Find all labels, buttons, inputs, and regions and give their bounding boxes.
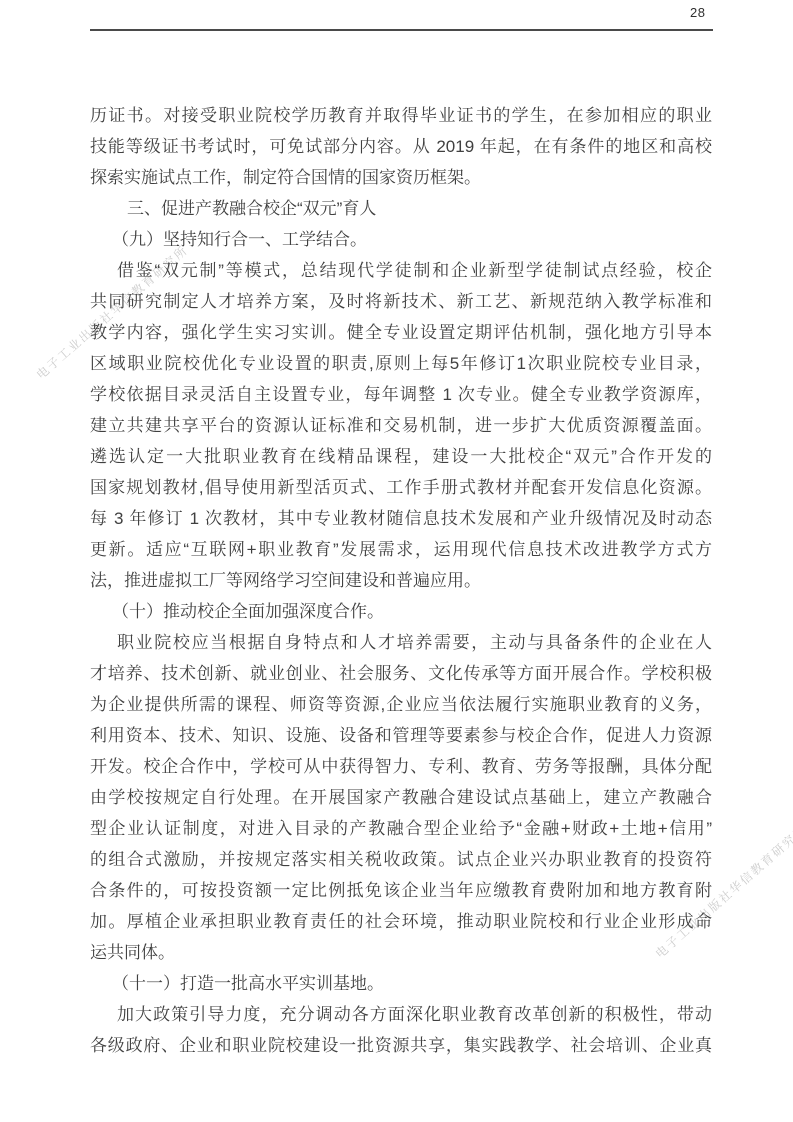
document-page: 电子工业出版社华信教育研究所 电子工业出版社华信教育研究所 28 历证书。对接受… (0, 0, 793, 1122)
text-line: 运共同体。 (90, 937, 712, 968)
text-line: 历证书。对接受职业院校学历教育并取得毕业证书的学生，在参加相应的职业 (90, 100, 712, 131)
text-line: 技能等级证书考试时，可免试部分内容。从 2019 年起，在有条件的地区和高校 (90, 131, 712, 162)
text-line: 利用资本、技术、知识、设施、设备和管理等要素参与校企合作，促进人力资源 (90, 720, 712, 751)
text-line: 型企业认证制度，对进入目录的产教融合型企业给予“金融+财政+土地+信用” (90, 813, 712, 844)
text-line: 为企业提供所需的课程、师资等资源,企业应当依法履行实施职业教育的义务， (90, 689, 712, 720)
clause-heading: （九）坚持知行合一、工学结合。 (90, 224, 712, 255)
text-line: 学校依据目录灵活自主设置专业，每年调整 1 次专业。健全专业教学资源库， (90, 379, 712, 410)
document-body: 历证书。对接受职业院校学历教育并取得毕业证书的学生，在参加相应的职业技能等级证书… (90, 100, 712, 1061)
header-rule (90, 29, 713, 31)
text-line: 加。厚植企业承担职业教育责任的社会环境，推动职业院校和行业企业形成命 (90, 906, 712, 937)
text-line: 每 3 年修订 1 次教材，其中专业教材随信息技术发展和产业升级情况及时动态 (90, 503, 712, 534)
text-line: 探索实施试点工作，制定符合国情的国家资历框架。 (90, 162, 712, 193)
text-line: 区域职业院校优化专业设置的职责,原则上每5年修订1次职业院校专业目录， (90, 348, 712, 379)
clause-heading: （十一）打造一批高水平实训基地。 (90, 968, 712, 999)
text-line: 法，推进虚拟工厂等网络学习空间建设和普遍应用。 (90, 565, 712, 596)
text-line: 才培养、技术创新、就业创业、社会服务、文化传承等方面开展合作。学校积极 (90, 658, 712, 689)
text-line: 国家规划教材,倡导使用新型活页式、工作手册式教材并配套开发信息化资源。 (90, 472, 712, 503)
text-line: 更新。适应“互联网+职业教育”发展需求，运用现代信息技术改进教学方式方 (90, 534, 712, 565)
text-line: 由学校按规定自行处理。在开展国家产教融合建设试点基础上，建立产教融合 (90, 782, 712, 813)
text-line: 加大政策引导力度，充分调动各方面深化职业教育改革创新的积极性，带动 (90, 999, 712, 1030)
text-line: 共同研究制定人才培养方案，及时将新技术、新工艺、新规范纳入教学标准和 (90, 286, 712, 317)
text-line: 教学内容，强化学生实习实训。健全专业设置定期评估机制，强化地方引导本 (90, 317, 712, 348)
text-line: 开发。校企合作中，学校可从中获得智力、专利、教育、劳务等报酬，具体分配 (90, 751, 712, 782)
text-line: 建立共建共享平台的资源认证标准和交易机制，进一步扩大优质资源覆盖面。 (90, 410, 712, 441)
text-line: 借鉴“双元制”等模式，总结现代学徒制和企业新型学徒制试点经验，校企 (90, 255, 712, 286)
clause-heading: （十）推动校企全面加强深度合作。 (90, 596, 712, 627)
text-line: 遴选认定一大批职业教育在线精品课程，建设一大批校企“双元”合作开发的 (90, 441, 712, 472)
text-line: 各级政府、企业和职业院校建设一批资源共享，集实践教学、社会培训、企业真 (90, 1030, 712, 1061)
text-line: 职业院校应当根据自身特点和人才培养需要，主动与具备条件的企业在人 (90, 627, 712, 658)
section-heading: 三、促进产教融合校企“双元”育人 (90, 193, 712, 224)
text-line: 合条件的，可按投资额一定比例抵免该企业当年应缴教育费附加和地方教育附 (90, 875, 712, 906)
text-line: 的组合式激励，并按规定落实相关税收政策。试点企业兴办职业教育的投资符 (90, 844, 712, 875)
page-number: 28 (690, 5, 705, 20)
